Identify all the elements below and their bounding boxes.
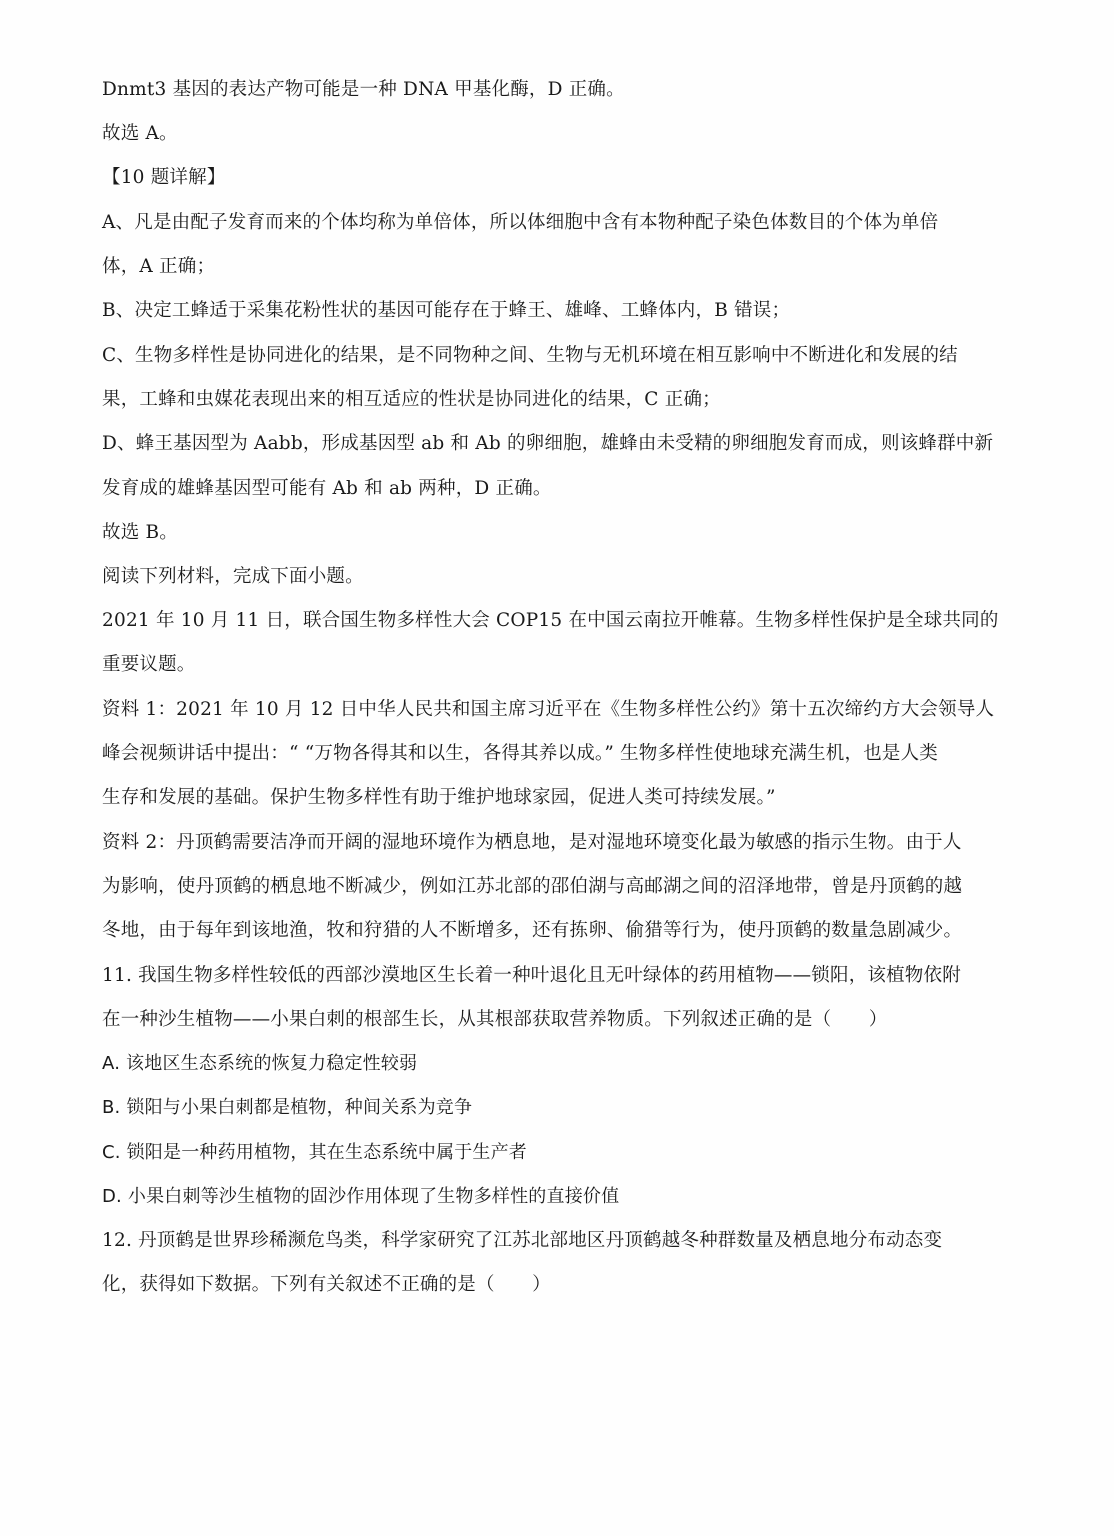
material2-line2: 为影响，使丹顶鹤的栖息地不断减少，例如江苏北部的邵伯湖与高邮湖之间的沼泽地带，曾… [102,875,962,899]
material2-line3: 冬地，由于每年到该地渔，牧和狩猎的人不断增多，还有拣卵、偷猎等行为，使丹顶鹤的数… [102,919,962,943]
q10-option-c-line2: 果，工蜂和虫媒花表现出来的相互适应的性状是协同进化的结果，C 正确； [102,388,721,412]
material1-line1: 资料 1：2021 年 10 月 12 日中华人民共和国主席习近平在《生物多样性… [102,698,994,722]
q10-option-d-line1: D、蜂王基因型为 Aabb，形成基因型 ab 和 Ab 的卵细胞，雄蜂由未受精的… [102,432,993,456]
answer-9d-conclusion: Dnmt3 基因的表达产物可能是一种 DNA 甲基化酶，D 正确。 [102,78,625,102]
q10-option-d-line2: 发育成的雄蜂基因型可能有 Ab 和 ab 两种，D 正确。 [102,477,552,501]
q11-stem-line2: 在一种沙生植物——小果白刺的根部生长，从其根部获取营养物质。下列叙述正确的是（ … [102,1008,887,1032]
q11-option-a: A. 该地区生态系统的恢复力稳定性较弱 [102,1052,417,1076]
q12-stem-line1: 12. 丹顶鹤是世界珍稀濒危鸟类，科学家研究了江苏北部地区丹顶鹤越冬种群数量及栖… [102,1229,942,1253]
q10-option-a-line1: A、凡是由配子发育而来的个体均称为单倍体，所以体细胞中含有本物种配子染色体数目的… [102,211,938,235]
q12-stem-line2: 化，获得如下数据。下列有关叙述不正确的是（ ） [102,1273,551,1297]
material2-line1: 资料 2：丹顶鹤需要洁净而开阔的湿地环境作为栖息地，是对湿地环境变化最为敏感的指… [102,831,962,855]
section-heading-q10: 【10 题详解】 [102,166,226,190]
q11-option-b: B. 锁阳与小果白刺都是植物，种间关系为竞争 [102,1096,472,1120]
q10-option-b: B、决定工蜂适于采集花粉性状的基因可能存在于蜂王、雄峰、工蜂体内，B 错误； [102,299,790,323]
q11-option-c: C. 锁阳是一种药用植物，其在生态系统中属于生产者 [102,1141,527,1165]
document-page: Dnmt3 基因的表达产物可能是一种 DNA 甲基化酶，D 正确。 故选 A。 … [0,0,1114,1536]
intro-paragraph-line1: 2021 年 10 月 11 日，联合国生物多样性大会 COP15 在中国云南拉… [102,609,999,633]
q11-stem-line1: 11. 我国生物多样性较低的西部沙漠地区生长着一种叶退化且无叶绿体的药用植物——… [102,964,961,988]
q11-option-d: D. 小果白刺等沙生植物的固沙作用体现了生物多样性的直接价值 [102,1185,619,1209]
material1-line2: 峰会视频讲话中提出：“ “万物各得其和以生，各得其养以成。” 生物多样性使地球充… [102,742,938,766]
answer-9-choice: 故选 A。 [102,122,178,146]
reading-instruction: 阅读下列材料，完成下面小题。 [102,565,364,589]
material1-line3: 生存和发展的基础。保护生物多样性有助于维护地球家园，促进人类可持续发展。” [102,786,776,810]
q10-option-a-line2: 体，A 正确； [102,255,215,279]
intro-paragraph-line2: 重要议题。 [102,653,196,677]
q10-option-c-line1: C、生物多样性是协同进化的结果，是不同物种之间、生物与无机环境在相互影响中不断进… [102,344,958,368]
answer-10-choice: 故选 B。 [102,521,178,545]
